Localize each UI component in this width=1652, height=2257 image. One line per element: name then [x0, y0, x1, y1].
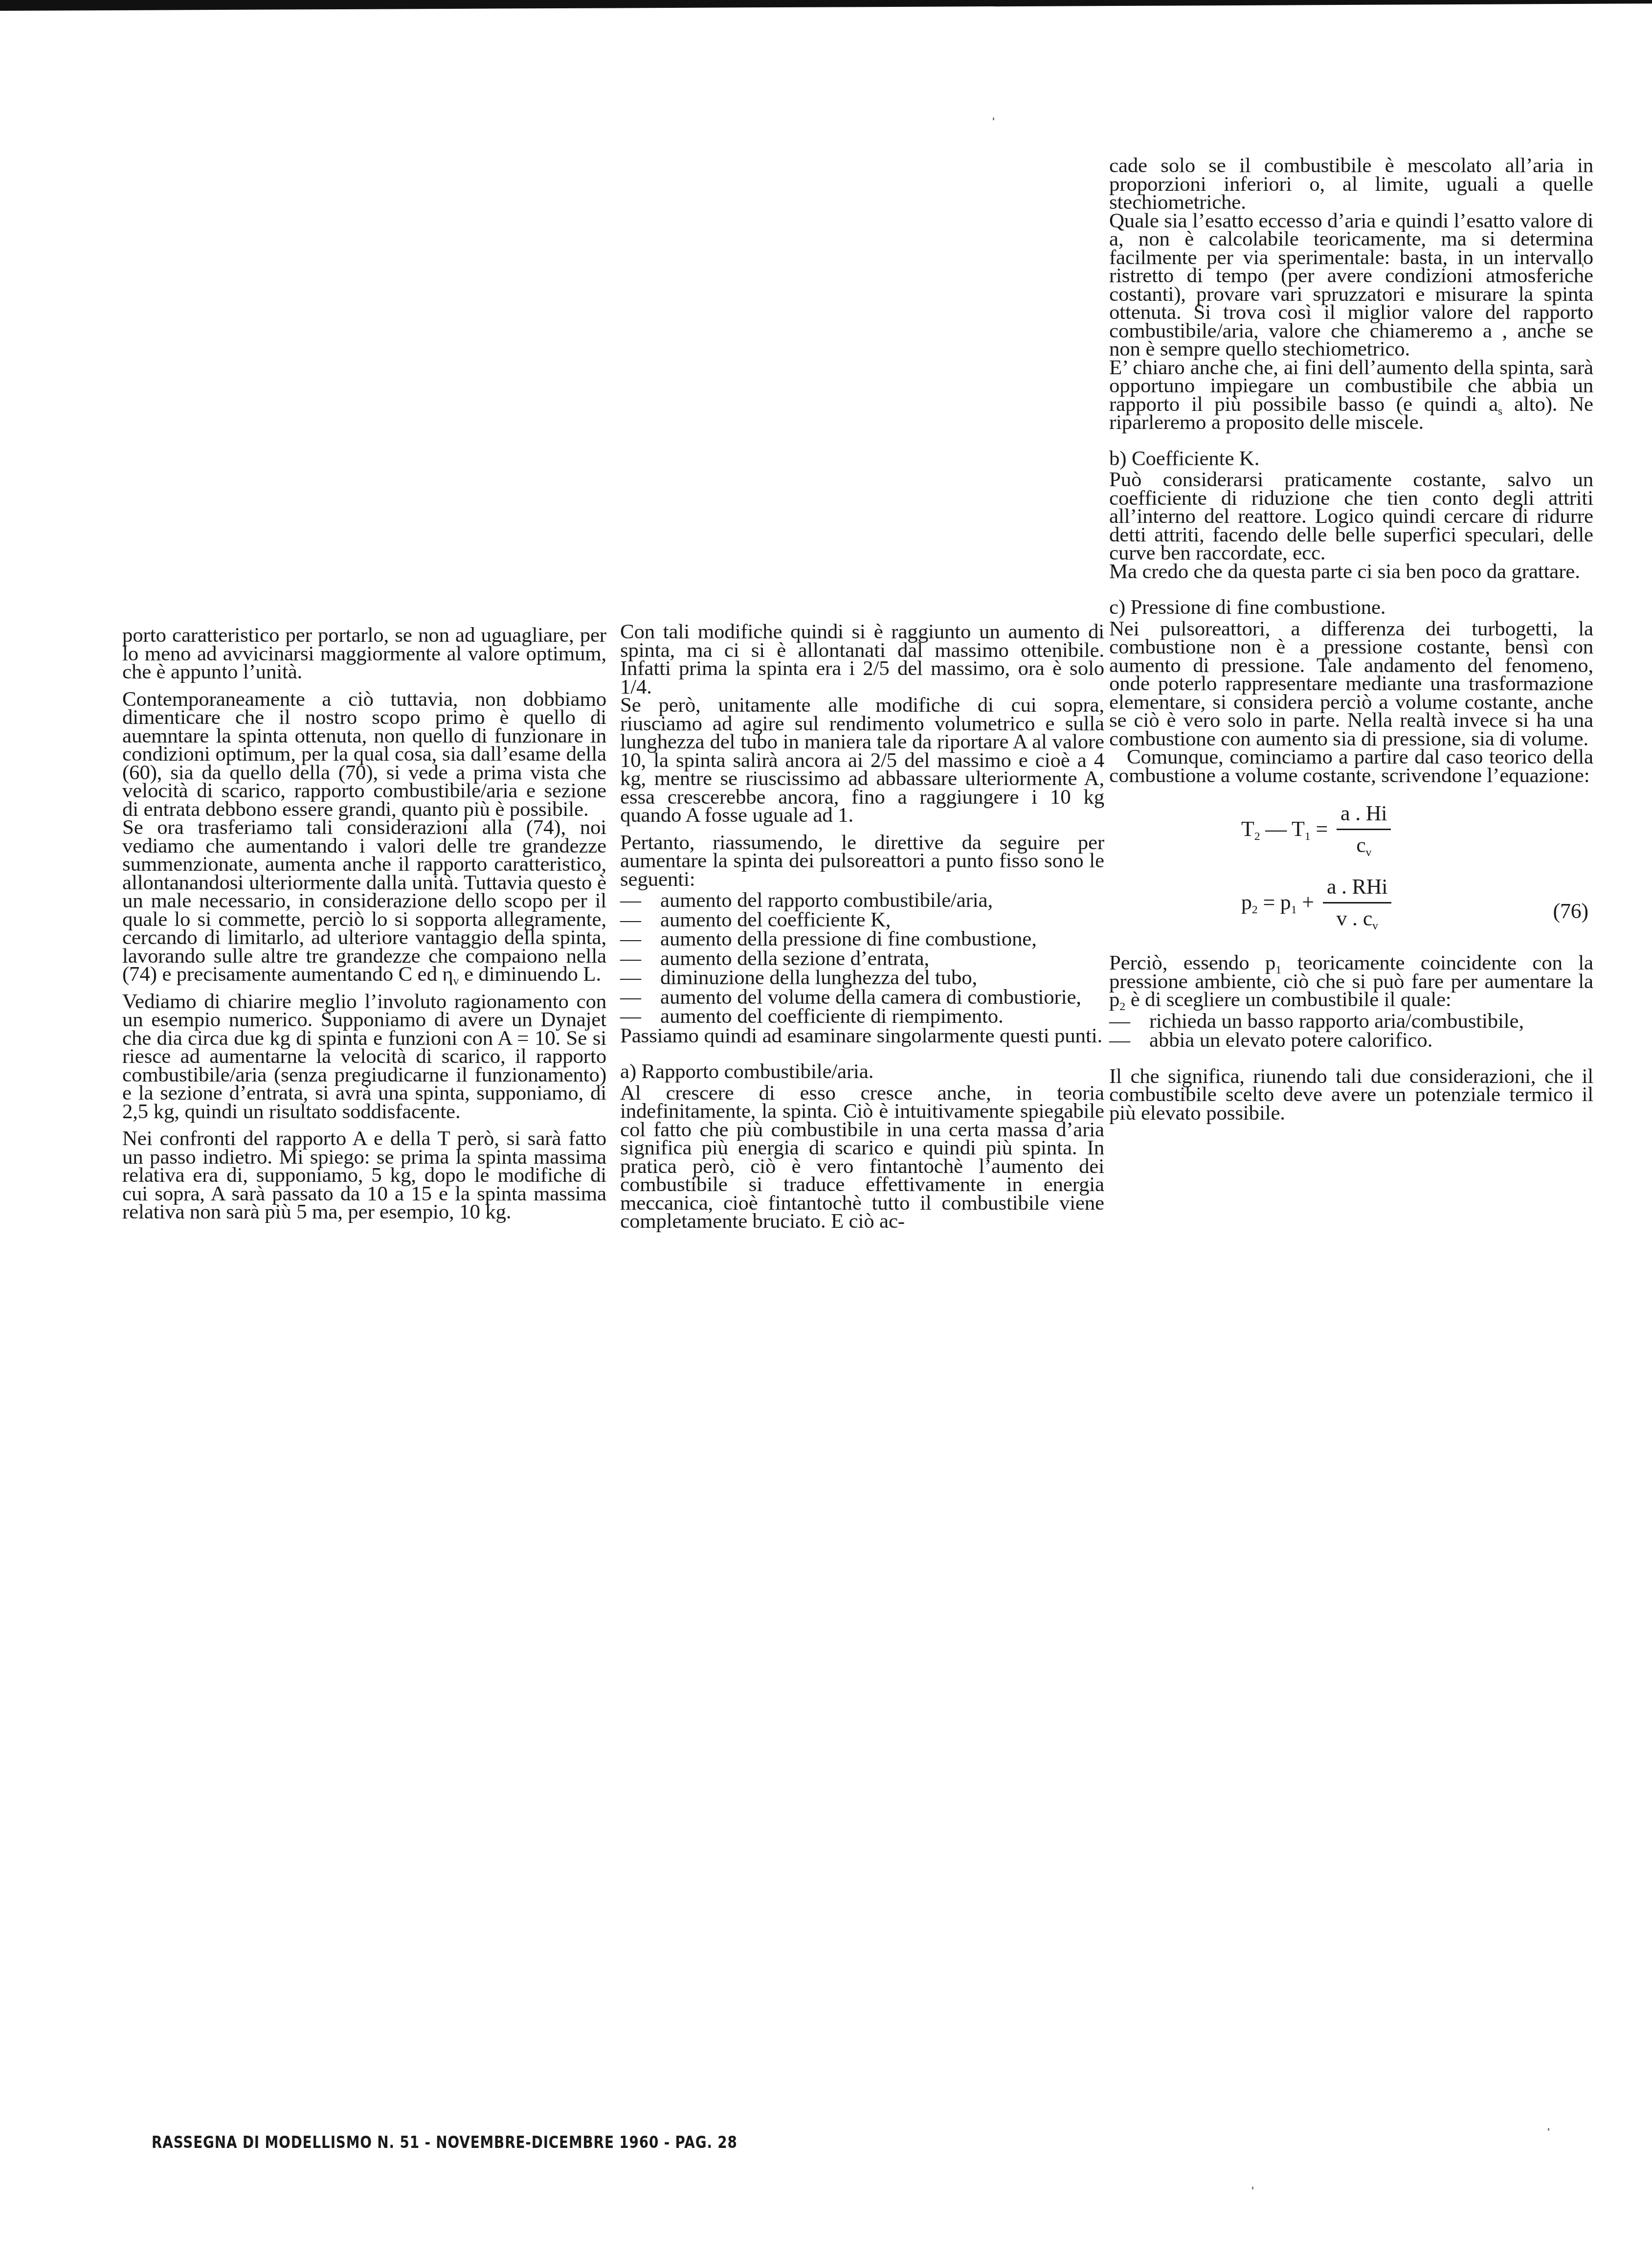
scan-border: [0, 0, 1652, 11]
scan-speck: [1548, 2128, 1549, 2131]
dash-bullet-icon: —: [620, 891, 641, 910]
list-item: —aumento del rapporto combustibile/aria,: [620, 891, 1104, 910]
text-column-1: porto caratteristico per portarlo, se no…: [122, 626, 606, 1221]
paragraph: Il che significa, riunendo tali due cons…: [1109, 1067, 1593, 1123]
paragraph: Quale sia l’esatto eccesso d’aria e quin…: [1109, 212, 1593, 359]
list-item: —aumento del coefficiente K,: [620, 911, 1104, 929]
text-column-3: cade solo se il combustibile è mescolato…: [1109, 157, 1593, 1122]
paragraph: Nei pulsoreattori, a differenza dei turb…: [1109, 620, 1593, 748]
paragraph: Se ora trasferiamo tali considerazioni a…: [122, 818, 606, 984]
list-item: —diminuzione della lunghezza del tubo,: [620, 969, 1104, 987]
paragraph: Ma credo che da questa parte ci sia ben …: [1109, 563, 1593, 581]
fraction: a . Hi cv: [1337, 804, 1391, 854]
paragraph: Nei confronti del rapporto A e della T p…: [122, 1129, 606, 1221]
dash-bullet-icon: —: [620, 969, 641, 987]
section-heading-a: a) Rapporto combustibile/aria.: [620, 1062, 1104, 1081]
equation-76: T2 — T1 = a . Hi cv p2 = p1 + a . RHi v …: [1109, 804, 1593, 936]
dash-bullet-icon: —: [620, 1007, 641, 1026]
dash-bullet-icon: —: [620, 949, 641, 968]
section-heading-c: c) Pressione di fine combustione.: [1109, 598, 1593, 617]
dash-bullet-icon: —: [620, 911, 641, 929]
directives-list: —aumento del rapporto combustibile/aria,…: [620, 891, 1104, 1026]
list-item: —aumento del volume della camera di comb…: [620, 988, 1104, 1007]
scan-speck: [993, 117, 994, 120]
paragraph: Contemporaneamente a ciò tuttavia, non d…: [122, 690, 606, 819]
dash-bullet-icon: —: [620, 988, 641, 1007]
fraction-bar: [1337, 829, 1391, 830]
paragraph: Passiamo quindi ad esaminare singolarmen…: [620, 1027, 1104, 1045]
text-column-2: Con tali modifiche quindi si è raggiunto…: [620, 623, 1104, 1231]
equation-number: (76): [1553, 902, 1588, 921]
paragraph: porto caratteristico per portarlo, se no…: [122, 626, 606, 681]
paragraph: Vediamo di chiarire meglio l’involuto ra…: [122, 993, 606, 1121]
equation-temperature: T2 — T1 = a . Hi cv: [1241, 804, 1391, 854]
paragraph: cade solo se il combustibile è mescolato…: [1109, 157, 1593, 212]
fraction-bar: [1323, 902, 1391, 903]
paragraph: Se però, unitamente alle modifiche di cu…: [620, 696, 1104, 825]
scan-speck: [1582, 264, 1584, 267]
paragraph: Con tali modifiche quindi si è raggiunto…: [620, 623, 1104, 696]
list-item: —aumento della sezione d’entrata,: [620, 949, 1104, 968]
page-footer: RASSEGNA DI MODELLISMO N. 51 - NOVEMBRE-…: [152, 2133, 737, 2152]
fuel-requirements-list: —richieda un basso rapporto aria/combust…: [1109, 1012, 1593, 1050]
dash-bullet-icon: —: [1109, 1031, 1130, 1050]
list-item: —aumento del coefficiente di riempimento…: [620, 1007, 1104, 1026]
paragraph: Pertanto, riassumendo, le direttive da s…: [620, 834, 1104, 889]
list-item: —richieda un basso rapporto aria/combust…: [1109, 1012, 1593, 1031]
scan-speck: [1252, 2187, 1253, 2189]
list-item: —aumento della pressione di fine combust…: [620, 930, 1104, 948]
paragraph: Comunque, cominciamo a partire dal caso …: [1109, 748, 1593, 785]
section-heading-b: b) Coefficiente K.: [1109, 450, 1593, 468]
paragraph: E’ chiaro anche che, ai fini dell’aument…: [1109, 359, 1593, 432]
paragraph: Perciò, essendo p1 teoricamente coincide…: [1109, 954, 1593, 1009]
dash-bullet-icon: —: [620, 930, 641, 948]
equation-pressure: p2 = p1 + a . RHi v . cv: [1241, 878, 1391, 927]
paragraph: Può considerarsi praticamente costante, …: [1109, 471, 1593, 563]
fraction: a . RHi v . cv: [1323, 878, 1391, 927]
paragraph: Al crescere di esso cresce anche, in teo…: [620, 1084, 1104, 1231]
dash-bullet-icon: —: [1109, 1012, 1130, 1031]
list-item: —abbia un elevato potere calorifico.: [1109, 1031, 1593, 1050]
